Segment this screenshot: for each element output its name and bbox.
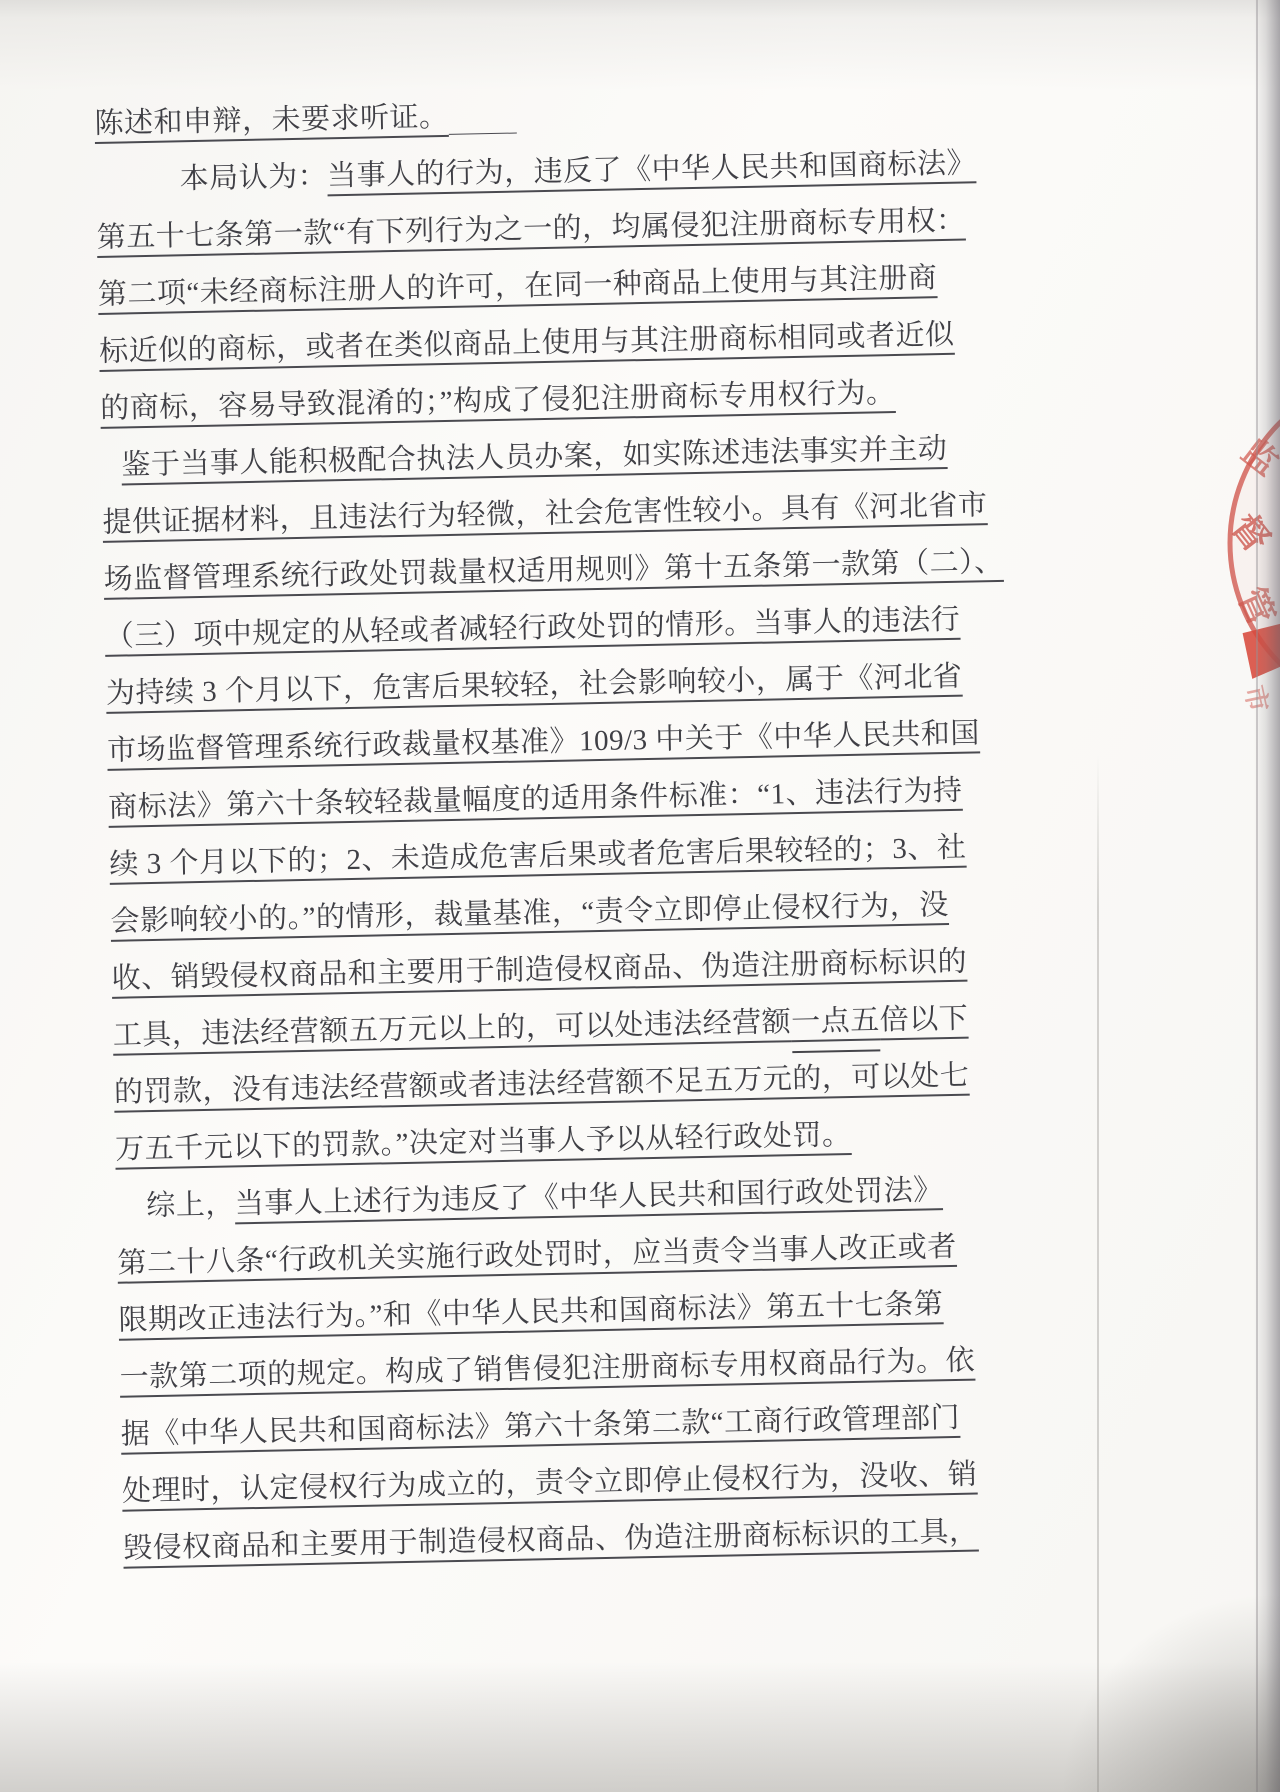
underlined-text: 市场监督管理系统行政裁量权基准》109/3 中关于《中华人民共和国 (107, 717, 980, 767)
underlined-text: 第二项“未经商标注册人的许可，在同一种商品上使用与其注册商 (98, 262, 938, 311)
underlined-text: 的商标，容易导致混淆的；”构成了侵犯注册商标专用权行为。 (100, 377, 896, 425)
underlined-text: 据《中华人民共和国商标法》第六十条第二款“工商行政管理部门 (121, 1402, 961, 1451)
underlined-text: 的罚款，没有违法经营额或者违法经营额不足五万元的，可以处七 (114, 1060, 970, 1109)
underlined-text: 提供证据材料，且违法行为轻微，社会危害性较小。具有《河北省市 (102, 489, 987, 539)
underlined-text: 当事人上述行为违反了《中华人民共和国行政处罚法》 (234, 1174, 943, 1220)
underlined-text: 倍以下 (879, 1003, 968, 1037)
underline-extension (449, 131, 517, 135)
underlined-text: 第二十八条“行政机关实施行政处罚时，应当责令当事人改正或者 (117, 1231, 957, 1280)
underlined-text: 商标法》第六十条较轻裁量幅度的适用条件标准：“1、违法行为持 (108, 775, 963, 824)
underlined-text: 毁侵权商品和主要用于制造侵权商品、伪造注册商标标识的工具， (123, 1516, 979, 1565)
underlined-text: 限期改正违法行为。”和《中华人民共和国商标法》第五十七条第 (118, 1288, 943, 1337)
underlined-text: 一点五 (791, 1004, 880, 1053)
underlined-text: 第五十七条第一款“有下列行为之一的，均属侵犯注册商标专用权： (97, 205, 966, 254)
underlined-text: 续 3 个月以下的；2、未造成危害后果或者危害后果较轻的；3、社 (109, 832, 966, 881)
underlined-text: 万五千元以下的罚款。”决定对当事人予以从轻行政处罚。 (115, 1119, 852, 1166)
plain-text: 本局认为： (179, 160, 327, 195)
page-right-edge-shadow (1254, 0, 1280, 1792)
underlined-text: 工具，违法经营额五万元以上的，可以处违法经营额 (113, 1006, 792, 1052)
underlined-text: 鉴于当事人能积极配合执法人员办案，如实陈述违法事实并主动 (121, 433, 947, 482)
document-text: 陈述和申辩，未要求听证。本局认为：当事人的行为，违反了《中华人民共和国商标法》第… (94, 78, 1044, 1578)
photo-corner-shadow (1060, 1592, 1280, 1792)
photo-top-shading (0, 0, 1280, 90)
plain-text: 综上， (146, 1188, 235, 1222)
underlined-text: 为持续 3 个月以下，危害后果较轻，社会影响较小，属于《河北省 (106, 661, 963, 710)
underlined-text: 收、销毁侵权商品和主要用于制造侵权商品、伪造注册商标标识的 (111, 946, 967, 995)
underlined-text: （三）项中规定的从轻或者减轻行政处罚的情形。当事人的违法行 (105, 604, 961, 653)
scanned-document-page: 陈述和申辩，未要求听证。本局认为：当事人的行为，违反了《中华人民共和国商标法》第… (0, 0, 1280, 1792)
underlined-text: 标近似的商标，或者在类似商品上使用与其注册商标相同或者近似 (99, 319, 955, 368)
underlined-text: 处理时，认定侵权行为成立的，责令立即停止侵权行为，没收、销 (122, 1459, 978, 1508)
underlined-text: 场监督管理系统行政处罚裁量权适用规则》第十五条第一款第（二）、 (103, 546, 1003, 596)
underlined-text: 一款第二项的规定。构成了销售侵犯注册商标专用权商品行为。依 (119, 1345, 975, 1394)
underlined-text: 当事人的行为，违反了《中华人民共和国商标法》 (327, 147, 977, 192)
underlined-text: 会影响较小的。”的情形，裁量基准，“责令立即停止侵权行为，没 (110, 889, 949, 938)
underlined-text: 陈述和申辩，未要求听证。 (94, 101, 449, 140)
